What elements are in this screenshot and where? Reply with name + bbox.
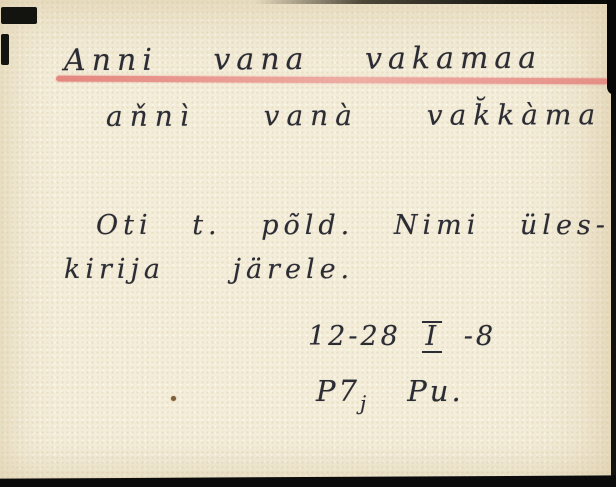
title-text: Anni vana vakamaa bbox=[64, 41, 542, 79]
reference-roman-numeral: I bbox=[422, 321, 442, 353]
note-text-2: kirija järele. bbox=[64, 254, 354, 285]
note-text-1: Oti t. põld. Nimi üles- bbox=[96, 210, 610, 241]
scan-edge-top bbox=[255, 0, 616, 4]
reference-suffix: -8 bbox=[464, 321, 496, 352]
signature-initials: P7 bbox=[316, 374, 360, 408]
phonetic-text: aňnì vanà vak̆kàma bbox=[106, 98, 602, 133]
paper-speck bbox=[171, 396, 176, 401]
scan-edge-right-top bbox=[607, 0, 616, 95]
signature-subscript: j bbox=[360, 392, 369, 415]
phonetic-transcription-line: aňnì vanà vak̆kàma bbox=[106, 98, 602, 133]
note-line-2: kirija järele. bbox=[64, 254, 354, 285]
scan-artifact-left bbox=[1, 34, 9, 65]
reference-line: 12-28 I -8 bbox=[308, 321, 496, 353]
scan-artifact-top-left bbox=[1, 7, 37, 24]
reference-prefix: 12-28 bbox=[308, 321, 401, 352]
signature-line: P7j Pu. bbox=[316, 374, 464, 415]
note-line-1: Oti t. põld. Nimi üles- bbox=[96, 210, 610, 241]
signature-collector: Pu. bbox=[407, 374, 463, 408]
title-line: Anni vana vakamaa bbox=[64, 41, 542, 79]
